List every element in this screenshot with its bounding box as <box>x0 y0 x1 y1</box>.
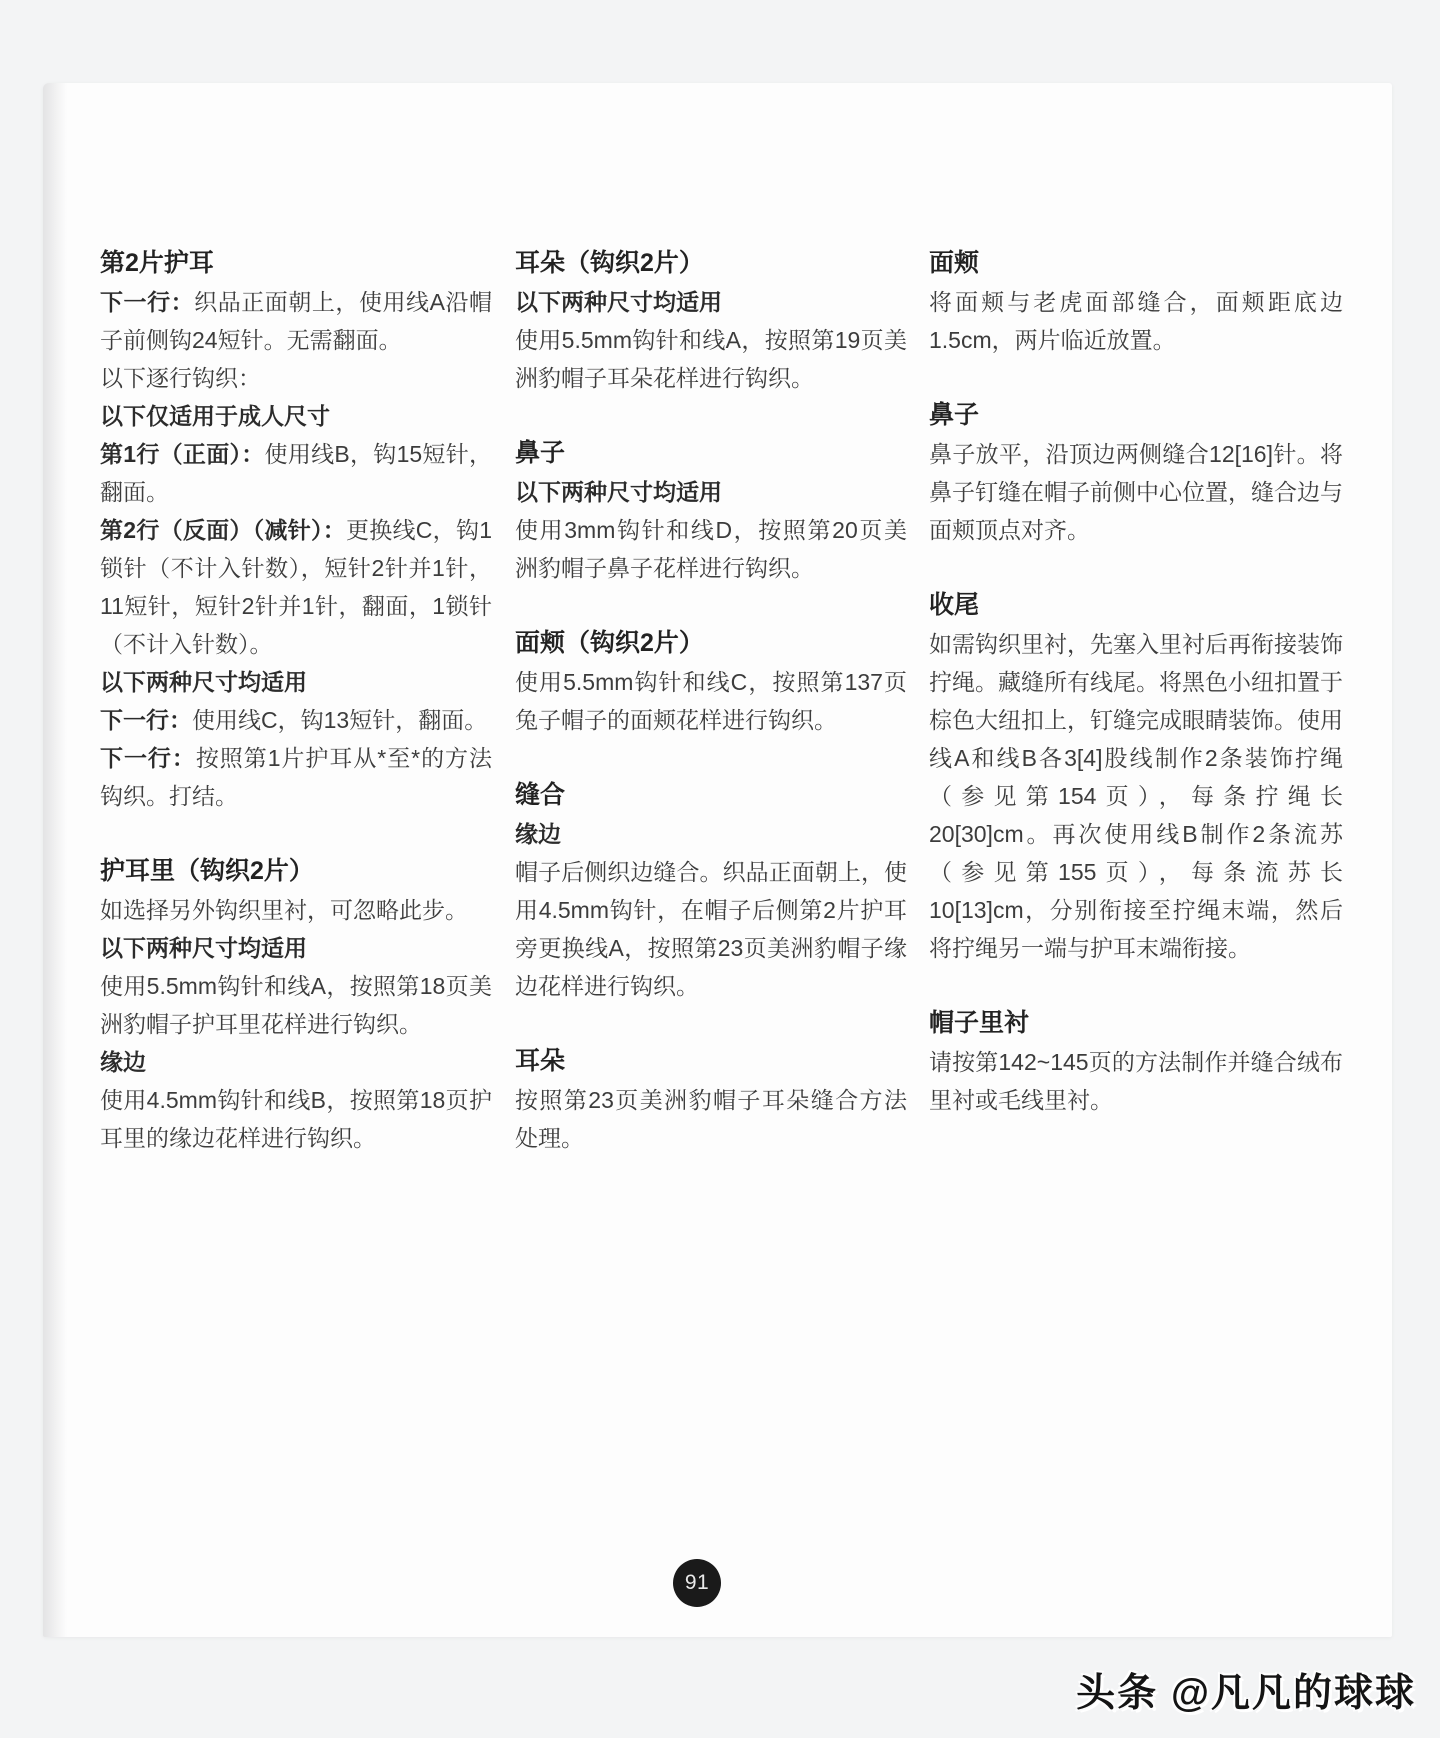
section-heading: 耳朵（钩织2片） <box>515 243 907 283</box>
sub-heading: 以下两种尺寸均适用 <box>515 473 907 511</box>
paragraph: 如需钩织里衬，先塞入里衬后再衔接装饰拧绳。藏缝所有线尾。将黑色小纽扣置于棕色大纽… <box>929 625 1343 967</box>
paragraph: 将面颊与老虎面部缝合，面颊距底边1.5cm，两片临近放置。 <box>929 283 1343 359</box>
section-heading: 耳朵 <box>515 1041 907 1081</box>
sub-heading: 以下两种尺寸均适用 <box>515 283 907 321</box>
run-in-label: 第2行（反面）（减针）： <box>100 517 346 543</box>
paragraph: 第2行（反面）（减针）：更换线C，钩1锁针（不计入针数），短针2针并1针，11短… <box>100 511 492 663</box>
sub-heading: 缘边 <box>100 1043 492 1081</box>
section-heading: 第2片护耳 <box>100 243 492 283</box>
paragraph: 鼻子放平，沿顶边两侧缝合12[16]针。将鼻子钉缝在帽子前侧中心位置，缝合边与面… <box>929 435 1343 549</box>
page-number-badge: 91 <box>673 1559 721 1607</box>
paragraph: 第1行（正面）：使用线B，钩15短针，翻面。 <box>100 435 492 511</box>
section-heading: 收尾 <box>929 585 1343 625</box>
column-right: 面颊 将面颊与老虎面部缝合，面颊距底边1.5cm，两片临近放置。 鼻子 鼻子放平… <box>929 243 1343 1119</box>
paragraph-text: 将面颊与老虎面部缝合，面颊距底边1.5cm，两片临近放置。 <box>929 289 1343 353</box>
page-number: 91 <box>685 1571 709 1595</box>
paragraph: 请按第142~145页的方法制作并缝合绒布里衬或毛线里衬。 <box>929 1043 1343 1119</box>
run-in-label: 下一行： <box>100 745 196 771</box>
paragraph-text: 使用4.5mm钩针和线B，按照第18页护耳里的缘边花样进行钩织。 <box>100 1087 492 1151</box>
run-in-label: 下一行： <box>100 289 194 315</box>
scan-background: 第2片护耳 下一行：织品正面朝上，使用线A沿帽子前侧钩24短针。无需翻面。 以下… <box>0 0 1440 1738</box>
paragraph: 下一行：织品正面朝上，使用线A沿帽子前侧钩24短针。无需翻面。 <box>100 283 492 359</box>
paragraph-text: 如需钩织里衬，先塞入里衬后再衔接装饰拧绳。藏缝所有线尾。将黑色小纽扣置于棕色大纽… <box>929 631 1343 961</box>
paragraph-text: 使用5.5mm钩针和线C，按照第137页兔子帽子的面颊花样进行钩织。 <box>515 669 907 733</box>
paragraph: 下一行：按照第1片护耳从*至*的方法钩织。打结。 <box>100 739 492 815</box>
paragraph-text: 如选择另外钩织里衬，可忽略此步。 <box>100 897 468 923</box>
paragraph: 下一行：使用线C，钩13短针，翻面。 <box>100 701 492 739</box>
watermark-text: 头条 @凡凡的球球 <box>1076 1662 1416 1718</box>
paragraph-text: 请按第142~145页的方法制作并缝合绒布里衬或毛线里衬。 <box>929 1049 1343 1113</box>
sub-heading: 以下仅适用于成人尺寸 <box>100 397 492 435</box>
section-heading: 鼻子 <box>929 395 1343 435</box>
section-heading: 护耳里（钩织2片） <box>100 851 492 891</box>
sub-heading: 以下两种尺寸均适用 <box>100 663 492 701</box>
paragraph: 使用4.5mm钩针和线B，按照第18页护耳里的缘边花样进行钩织。 <box>100 1081 492 1157</box>
section-heading: 帽子里衬 <box>929 1003 1343 1043</box>
paragraph-text: 以下逐行钩织： <box>100 365 261 391</box>
page-gutter-shadow <box>43 83 67 1637</box>
sub-heading: 缘边 <box>515 815 907 853</box>
paragraph-text: 使用5.5mm钩针和线A，按照第19页美洲豹帽子耳朵花样进行钩织。 <box>515 327 907 391</box>
paragraph: 帽子后侧织边缝合。织品正面朝上，使用4.5mm钩针，在帽子后侧第2片护耳旁更换线… <box>515 853 907 1005</box>
book-page: 第2片护耳 下一行：织品正面朝上，使用线A沿帽子前侧钩24短针。无需翻面。 以下… <box>43 83 1392 1637</box>
run-in-label: 下一行： <box>100 707 192 733</box>
column-left: 第2片护耳 下一行：织品正面朝上，使用线A沿帽子前侧钩24短针。无需翻面。 以下… <box>100 243 492 1157</box>
paragraph: 使用3mm钩针和线D，按照第20页美洲豹帽子鼻子花样进行钩织。 <box>515 511 907 587</box>
paragraph-text: 按照第23页美洲豹帽子耳朵缝合方法处理。 <box>515 1087 907 1151</box>
run-in-label: 第1行（正面）： <box>100 441 265 467</box>
paragraph-text: 帽子后侧织边缝合。织品正面朝上，使用4.5mm钩针，在帽子后侧第2片护耳旁更换线… <box>515 859 907 999</box>
section-heading: 面颊 <box>929 243 1343 283</box>
sub-heading: 以下两种尺寸均适用 <box>100 929 492 967</box>
paragraph: 使用5.5mm钩针和线C，按照第137页兔子帽子的面颊花样进行钩织。 <box>515 663 907 739</box>
section-heading: 鼻子 <box>515 433 907 473</box>
column-middle: 耳朵（钩织2片） 以下两种尺寸均适用 使用5.5mm钩针和线A，按照第19页美洲… <box>515 243 907 1157</box>
paragraph: 使用5.5mm钩针和线A，按照第18页美洲豹帽子护耳里花样进行钩织。 <box>100 967 492 1043</box>
paragraph-text: 使用5.5mm钩针和线A，按照第18页美洲豹帽子护耳里花样进行钩织。 <box>100 973 492 1037</box>
paragraph: 按照第23页美洲豹帽子耳朵缝合方法处理。 <box>515 1081 907 1157</box>
paragraph: 以下逐行钩织： <box>100 359 492 397</box>
paragraph-text: 使用3mm钩针和线D，按照第20页美洲豹帽子鼻子花样进行钩织。 <box>515 517 907 581</box>
paragraph-text: 使用线C，钩13短针，翻面。 <box>192 707 487 733</box>
paragraph-text: 鼻子放平，沿顶边两侧缝合12[16]针。将鼻子钉缝在帽子前侧中心位置，缝合边与面… <box>929 441 1343 543</box>
section-heading: 面颊（钩织2片） <box>515 623 907 663</box>
section-heading: 缝合 <box>515 775 907 815</box>
paragraph: 如选择另外钩织里衬，可忽略此步。 <box>100 891 492 929</box>
paragraph: 使用5.5mm钩针和线A，按照第19页美洲豹帽子耳朵花样进行钩织。 <box>515 321 907 397</box>
